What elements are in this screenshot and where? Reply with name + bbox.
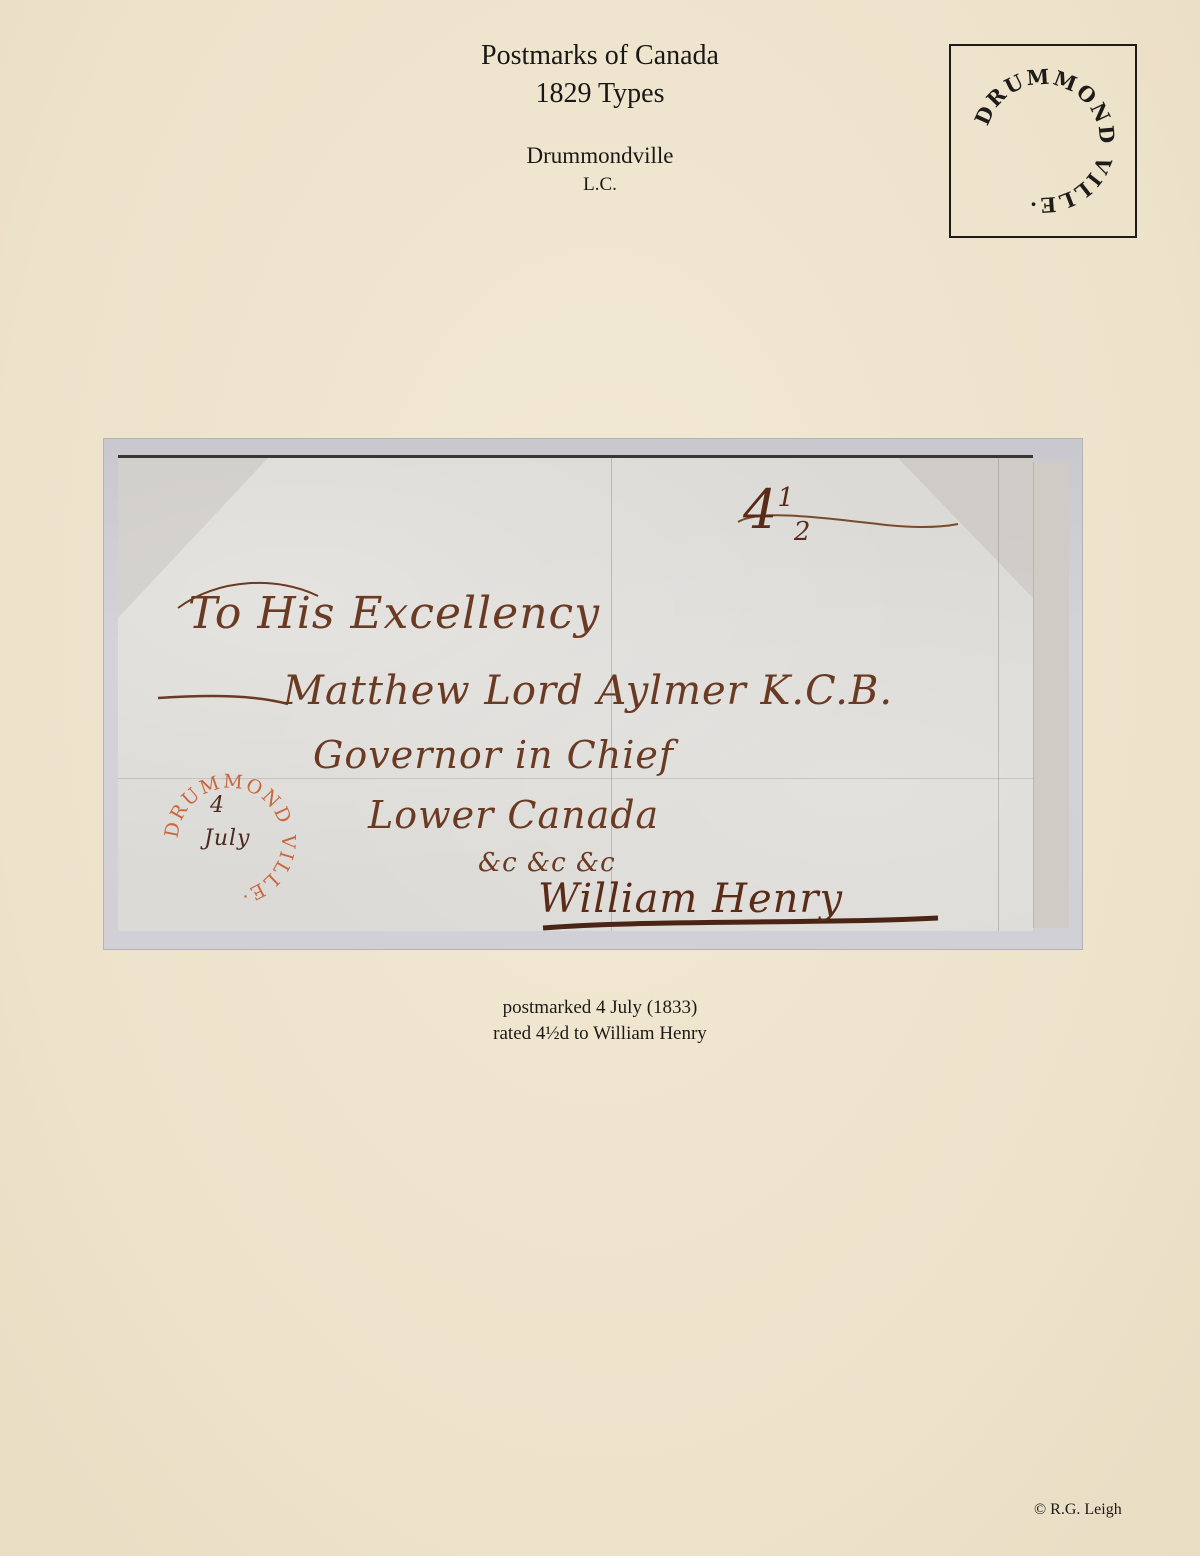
- postmark-ring-text: DRUMMOND VILLE·: [970, 65, 1119, 218]
- rate-marking: 412: [743, 478, 810, 547]
- rate-value: 4: [743, 478, 777, 541]
- cover-flap: [1033, 462, 1069, 928]
- postmark-type-illustration: DRUMMOND VILLE·: [949, 44, 1137, 238]
- address-line: Lower Canada: [368, 793, 659, 837]
- svg-text:DRUMMOND VILLE·: DRUMMOND VILLE·: [970, 65, 1119, 218]
- rate-fraction-num: 1: [777, 483, 794, 513]
- address-line: Governor in Chief: [313, 733, 674, 777]
- copyright: © R.G. Leigh: [1034, 1501, 1122, 1519]
- postmark-date-month: July: [204, 826, 250, 851]
- address-line: William Henry: [538, 876, 843, 922]
- stampless-cover: DRUMMOND VILLE· 412 To His Excellency Ma…: [118, 455, 1033, 931]
- postmark-date-day: 4: [210, 793, 225, 818]
- caption-postmarked: postmarked 4 July (1833): [0, 997, 1200, 1019]
- address-line: &c &c &c: [478, 848, 616, 878]
- rate-fraction-den: 2: [794, 517, 811, 547]
- circular-postmark-icon: DRUMMOND VILLE·: [951, 46, 1135, 236]
- caption-rated: rated 4½d to William Henry: [0, 1023, 1200, 1045]
- address-line: To His Excellency: [188, 588, 600, 639]
- address-line: Matthew Lord Aylmer K.C.B.: [283, 668, 893, 714]
